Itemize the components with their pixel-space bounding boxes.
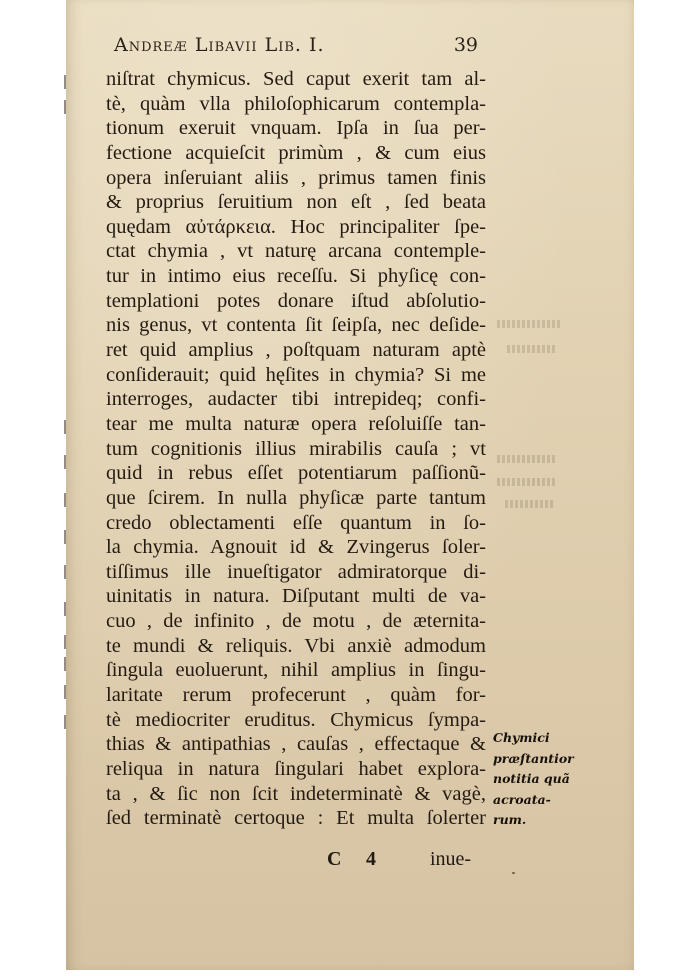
text-line: ret quid amplius , poſtquam naturam aptè [106,338,486,363]
text-line: opera inſeruiant aliis , primus tamen fi… [106,166,486,191]
catchline: C 4 inue- [0,848,690,874]
text-line: interroges, audacter tibi intrepideq; co… [106,387,486,412]
margin-note-line: Chymici [493,728,603,749]
text-line: thias & antipathias , cauſas , effectaqu… [106,732,486,757]
text-line: te mundi & reliquis. Vbi anxiè admodum [106,634,486,659]
running-head: Andreæ Libavii Lib. I. 39 [114,34,494,62]
text-line: fectione acquieſcit primùm , & cum eius [106,141,486,166]
gutter-bleed-marks [64,75,72,825]
body-text: niſtrat chymicus. Sed caput exerit tam a… [106,67,486,831]
margin-note-line: notitia quã [493,769,603,790]
text-line: uinitatis in natura. Diſputant multi de … [106,584,486,609]
margin-note: Chymici præſtantior notitia quã acroata-… [493,728,603,831]
margin-note-line: rum. [493,810,603,831]
text-line: ctat chymia , vt naturę arcana contemple… [106,239,486,264]
text-line: tè, quàm vlla philoſophicarum contempla- [106,92,486,117]
text-line: nis genus, vt contenta ſit ſeipſa, nec d… [106,313,486,338]
text-line: laritate rerum profecerunt , quàm for- [106,683,486,708]
text-line: quędam αὐτάρκεια. Hoc principaliter ſpe- [106,215,486,240]
text-line: quid in rebus eſſet potentiarum paſſionũ… [106,461,486,486]
text-line: ſingula euoluerunt, nihil amplius in ſin… [106,658,486,683]
text-line: ſed terminatè certoque : Et multa ſolert… [106,806,486,831]
text-line: niſtrat chymicus. Sed caput exerit tam a… [106,67,486,92]
margin-note-line: præſtantior [493,749,603,770]
text-line: la chymia. Agnouit id & Zvingerus ſoler- [106,535,486,560]
text-line: tionum exeruit vnquam. Ipſa in ſua per- [106,116,486,141]
text-line: tiſſimus ille inueſtigator admiratorque … [106,560,486,585]
text-line: tear me multa naturæ opera reſoluiſſe ta… [106,412,486,437]
text-line: & proprius ſeruitium non eſt , ſed beata [106,190,486,215]
text-line: tur in intimo eius receſſu. Si phyſicę c… [106,264,486,289]
text-line: cuo , de infinito , de motu , de æternit… [106,609,486,634]
text-line: tum cognitionis illius mirabilis cauſa ;… [106,437,486,462]
signature-mark: C [327,848,341,871]
text-line: reliqua in natura ſingulari habet explor… [106,757,486,782]
text-line: credo oblectamenti eſſe quantum in ſo- [106,511,486,536]
text-line: que ſcirem. In nulla phyſicæ parte tantu… [106,486,486,511]
running-head-title: Andreæ Libavii Lib. I. [114,34,325,56]
page-number: 39 [454,34,478,56]
catchword: inue- [430,848,471,871]
margin-note-line: acroata- [493,790,603,811]
signature-number: 4 [366,848,376,871]
text-line: tè mediocriter eruditus. Chymicus ſympa- [106,708,486,733]
text-line: templationi potes donare iſtud abſolutio… [106,289,486,314]
text-line: ta , & ſic non ſcit indeterminatè & vagè… [106,782,486,807]
text-line: conſiderauit; quid hęſites in chymia? Si… [106,363,486,388]
